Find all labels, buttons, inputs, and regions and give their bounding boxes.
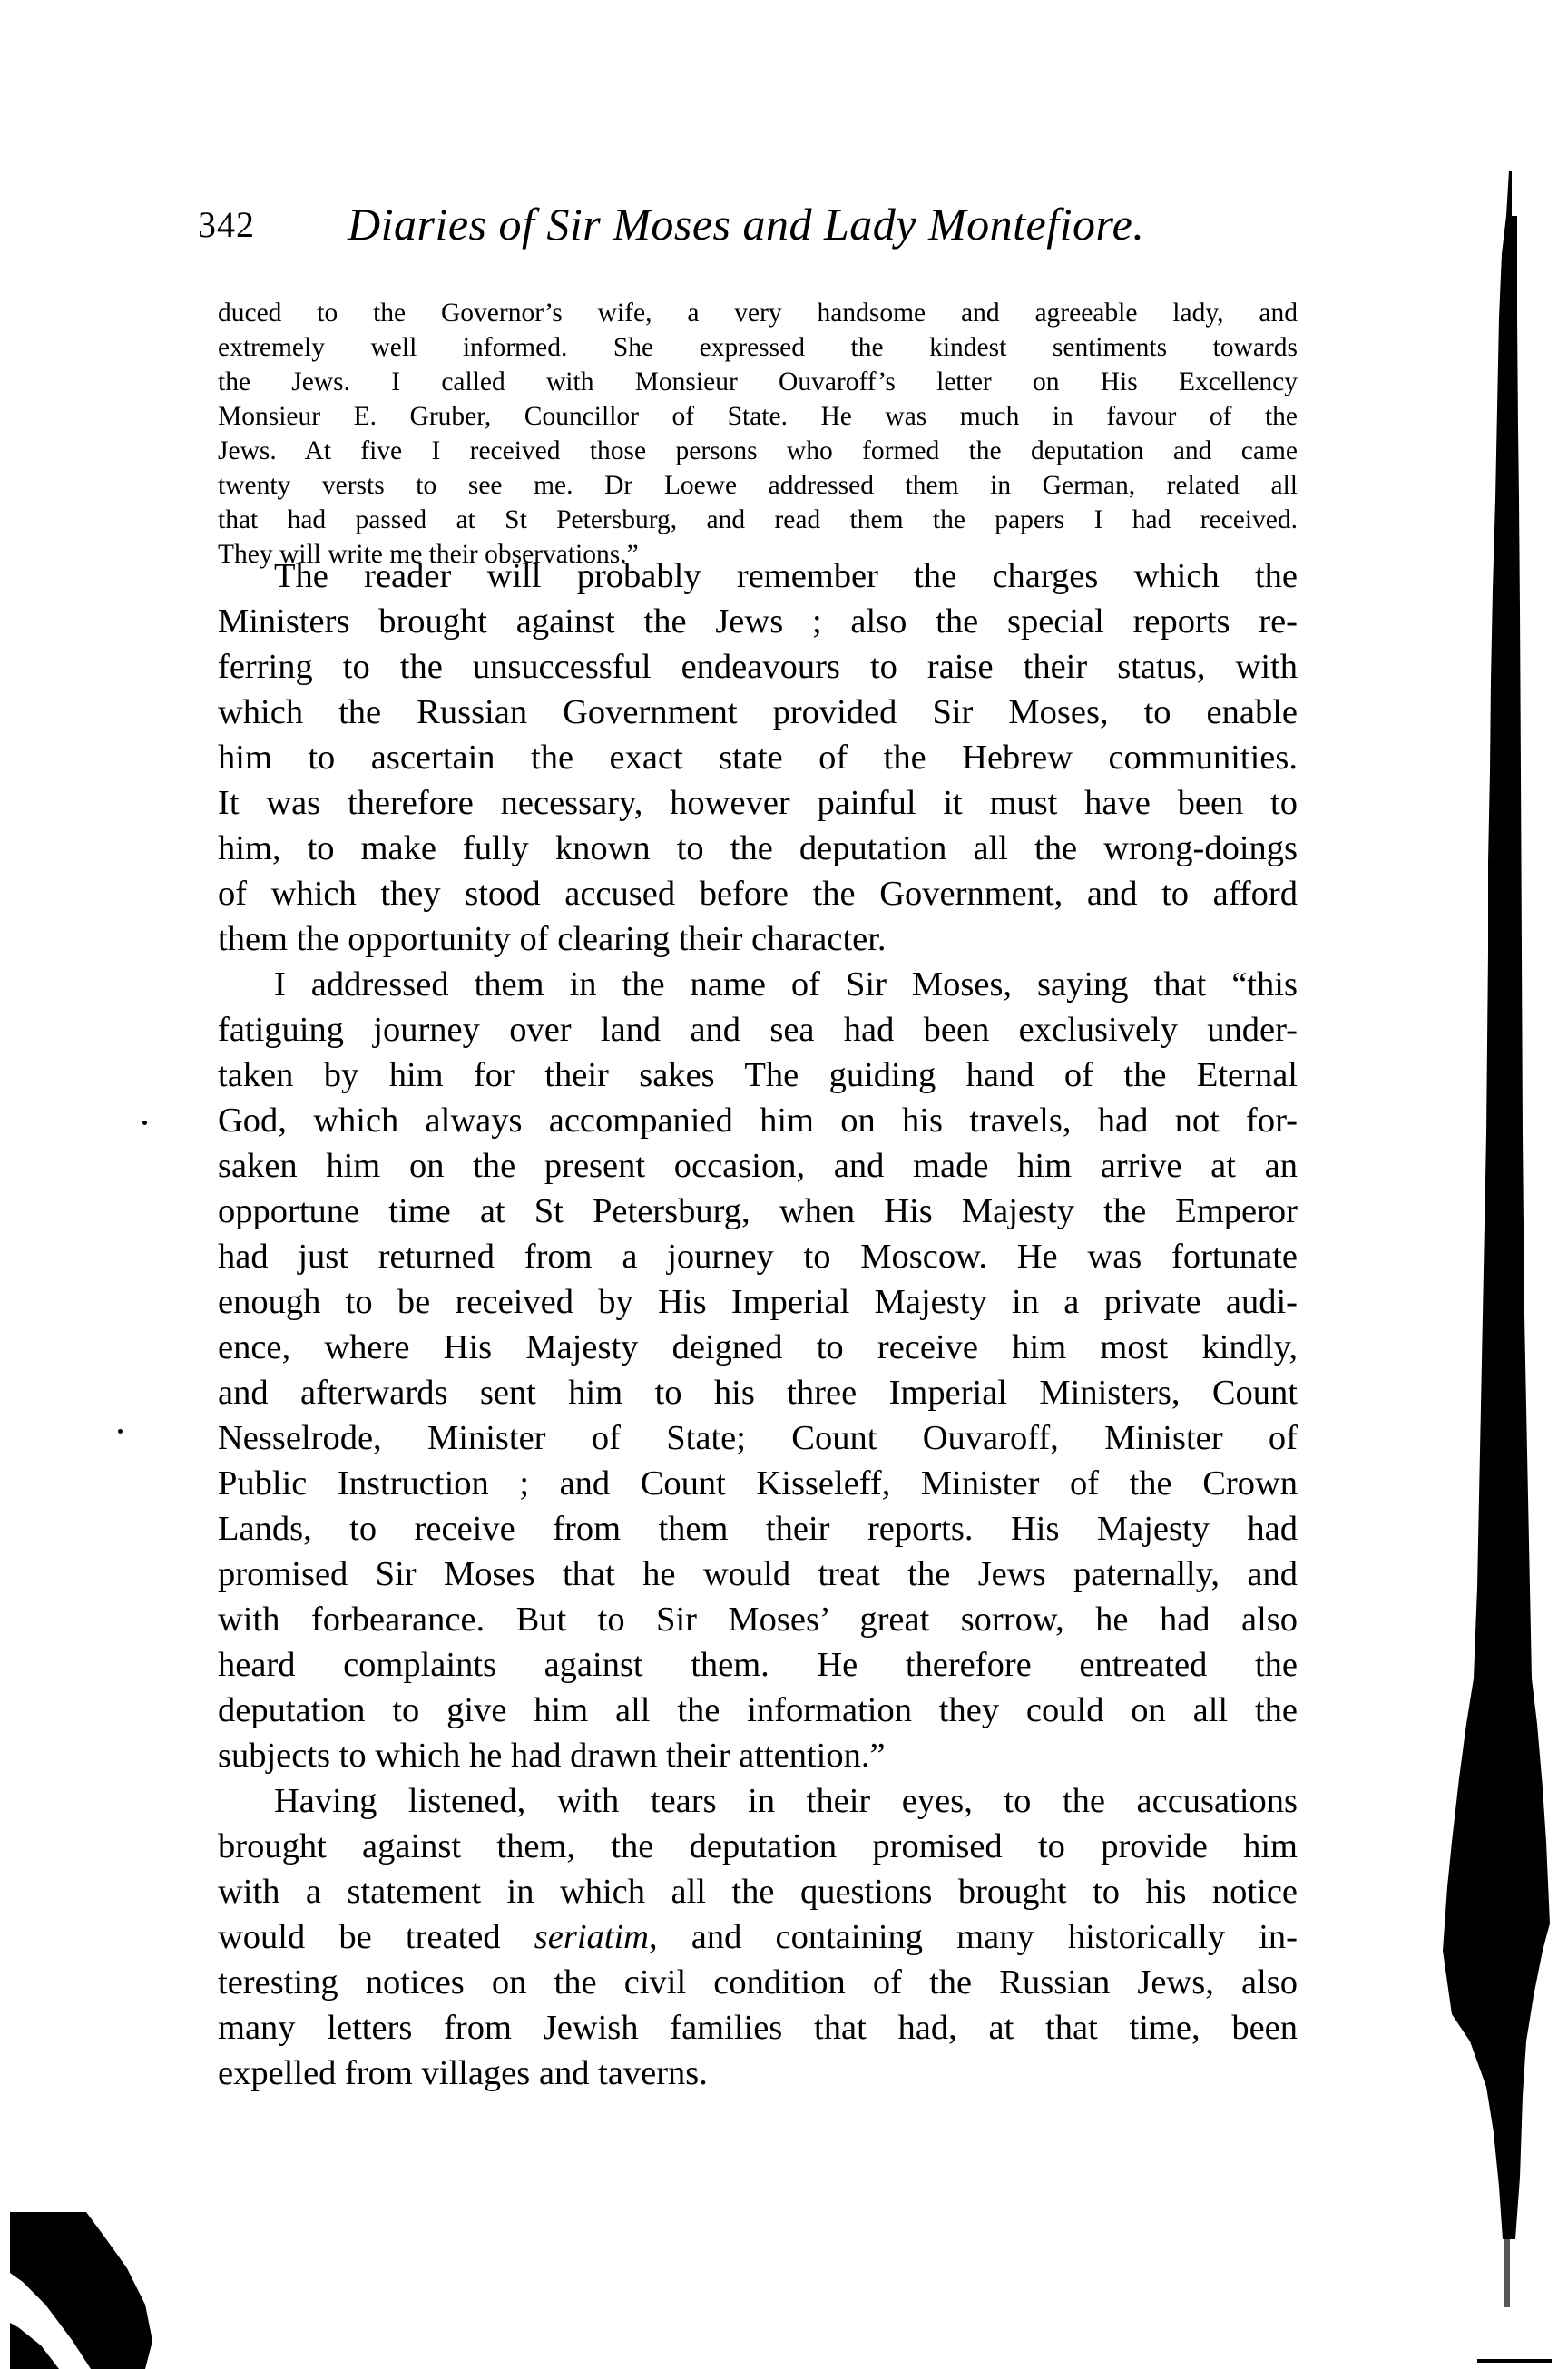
text-line: promised Sir Moses that he would treat t… [218,1552,1298,1597]
corner-shadow-artifact [0,2205,163,2369]
page-number: 342 [198,203,255,246]
text-line: opportune time at St Petersburg, when Hi… [218,1189,1298,1234]
text-line: fatiguing journey over land and sea had … [218,1007,1298,1052]
diary-quote: duced to the Governor’s wife, a very han… [218,296,1298,572]
text-line: Nesselrode, Minister of State; Count Ouv… [218,1415,1298,1461]
text-line: heard complaints against them. He theref… [218,1642,1298,1688]
text-line: God, which always accompanied him on his… [218,1098,1298,1143]
text-line: had just returned from a journey to Mosc… [218,1234,1298,1279]
text-line: I addressed them in the name of Sir Mose… [218,962,1298,1007]
paragraph-2: I addressed them in the name of Sir Mose… [218,962,1298,1778]
text-line: that had passed at St Petersburg, and re… [218,503,1298,537]
text-line: ferring to the unsuccessful endeavours t… [218,644,1298,690]
text-run: , and containing many historically in- [649,1918,1298,1956]
paragraph-3: Having listened, with tears in their eye… [218,1778,1298,2096]
text-line: teresting notices on the civil condition… [218,1960,1298,2005]
text-line: enough to be received by His Imperial Ma… [218,1279,1298,1325]
text-line: It was therefore necessary, however pain… [218,780,1298,826]
text-line: with forbearance. But to Sir Moses’ grea… [218,1597,1298,1642]
binding-shadow-artifact [1416,136,1568,2369]
text-line: saken him on the present occasion, and m… [218,1143,1298,1189]
running-header: 342 Diaries of Sir Moses and Lady Montef… [198,198,1196,252]
text-line: of which they stood accused before the G… [218,871,1298,916]
text-line: with a statement in which all the questi… [218,1869,1298,1914]
margin-dot [118,1429,122,1434]
text-line: him, to make fully known to the deputati… [218,826,1298,871]
text-run: would be treated [218,1918,534,1956]
text-line: and afterwards sent him to his three Imp… [218,1370,1298,1415]
text-line: taken by him for their sakes The guiding… [218,1052,1298,1098]
paragraph-1: The reader will probably remember the ch… [218,553,1298,962]
text-line: Jews. At five I received those persons w… [218,434,1298,468]
text-line: Ministers brought against the Jews ; als… [218,599,1298,644]
text-line: deputation to give him all the informati… [218,1688,1298,1733]
text-line: Lands, to receive from them their report… [218,1506,1298,1552]
text-line: subjects to which he had drawn their att… [218,1733,1298,1778]
text-line: twenty versts to see me. Dr Loewe addres… [218,468,1298,503]
text-line: the Jews. I called with Monsieur Ouvarof… [218,365,1298,399]
text-line: Public Instruction ; and Count Kisseleff… [218,1461,1298,1506]
text-line: him to ascertain the exact state of the … [218,735,1298,780]
text-line: Monsieur E. Gruber, Councillor of State.… [218,399,1298,434]
text-line: duced to the Governor’s wife, a very han… [218,296,1298,330]
italic-term: seriatim [534,1918,649,1956]
text-line: brought against them, the deputation pro… [218,1824,1298,1869]
running-title: Diaries of Sir Moses and Lady Montefiore… [348,198,1144,250]
text-line: extremely well informed. She expressed t… [218,330,1298,365]
text-line: The reader will probably remember the ch… [218,553,1298,599]
text-line: them the opportunity of clearing their c… [218,916,1298,962]
text-line: many letters from Jewish families that h… [218,2005,1298,2051]
text-line: expelled from villages and taverns. [218,2051,1298,2096]
text-line: which the Russian Government provided Si… [218,690,1298,735]
text-line: ence, where His Majesty deigned to recei… [218,1325,1298,1370]
text-line: would be treated seriatim, and containin… [218,1914,1298,1960]
text-line: Having listened, with tears in their eye… [218,1778,1298,1824]
margin-dot [142,1121,147,1125]
